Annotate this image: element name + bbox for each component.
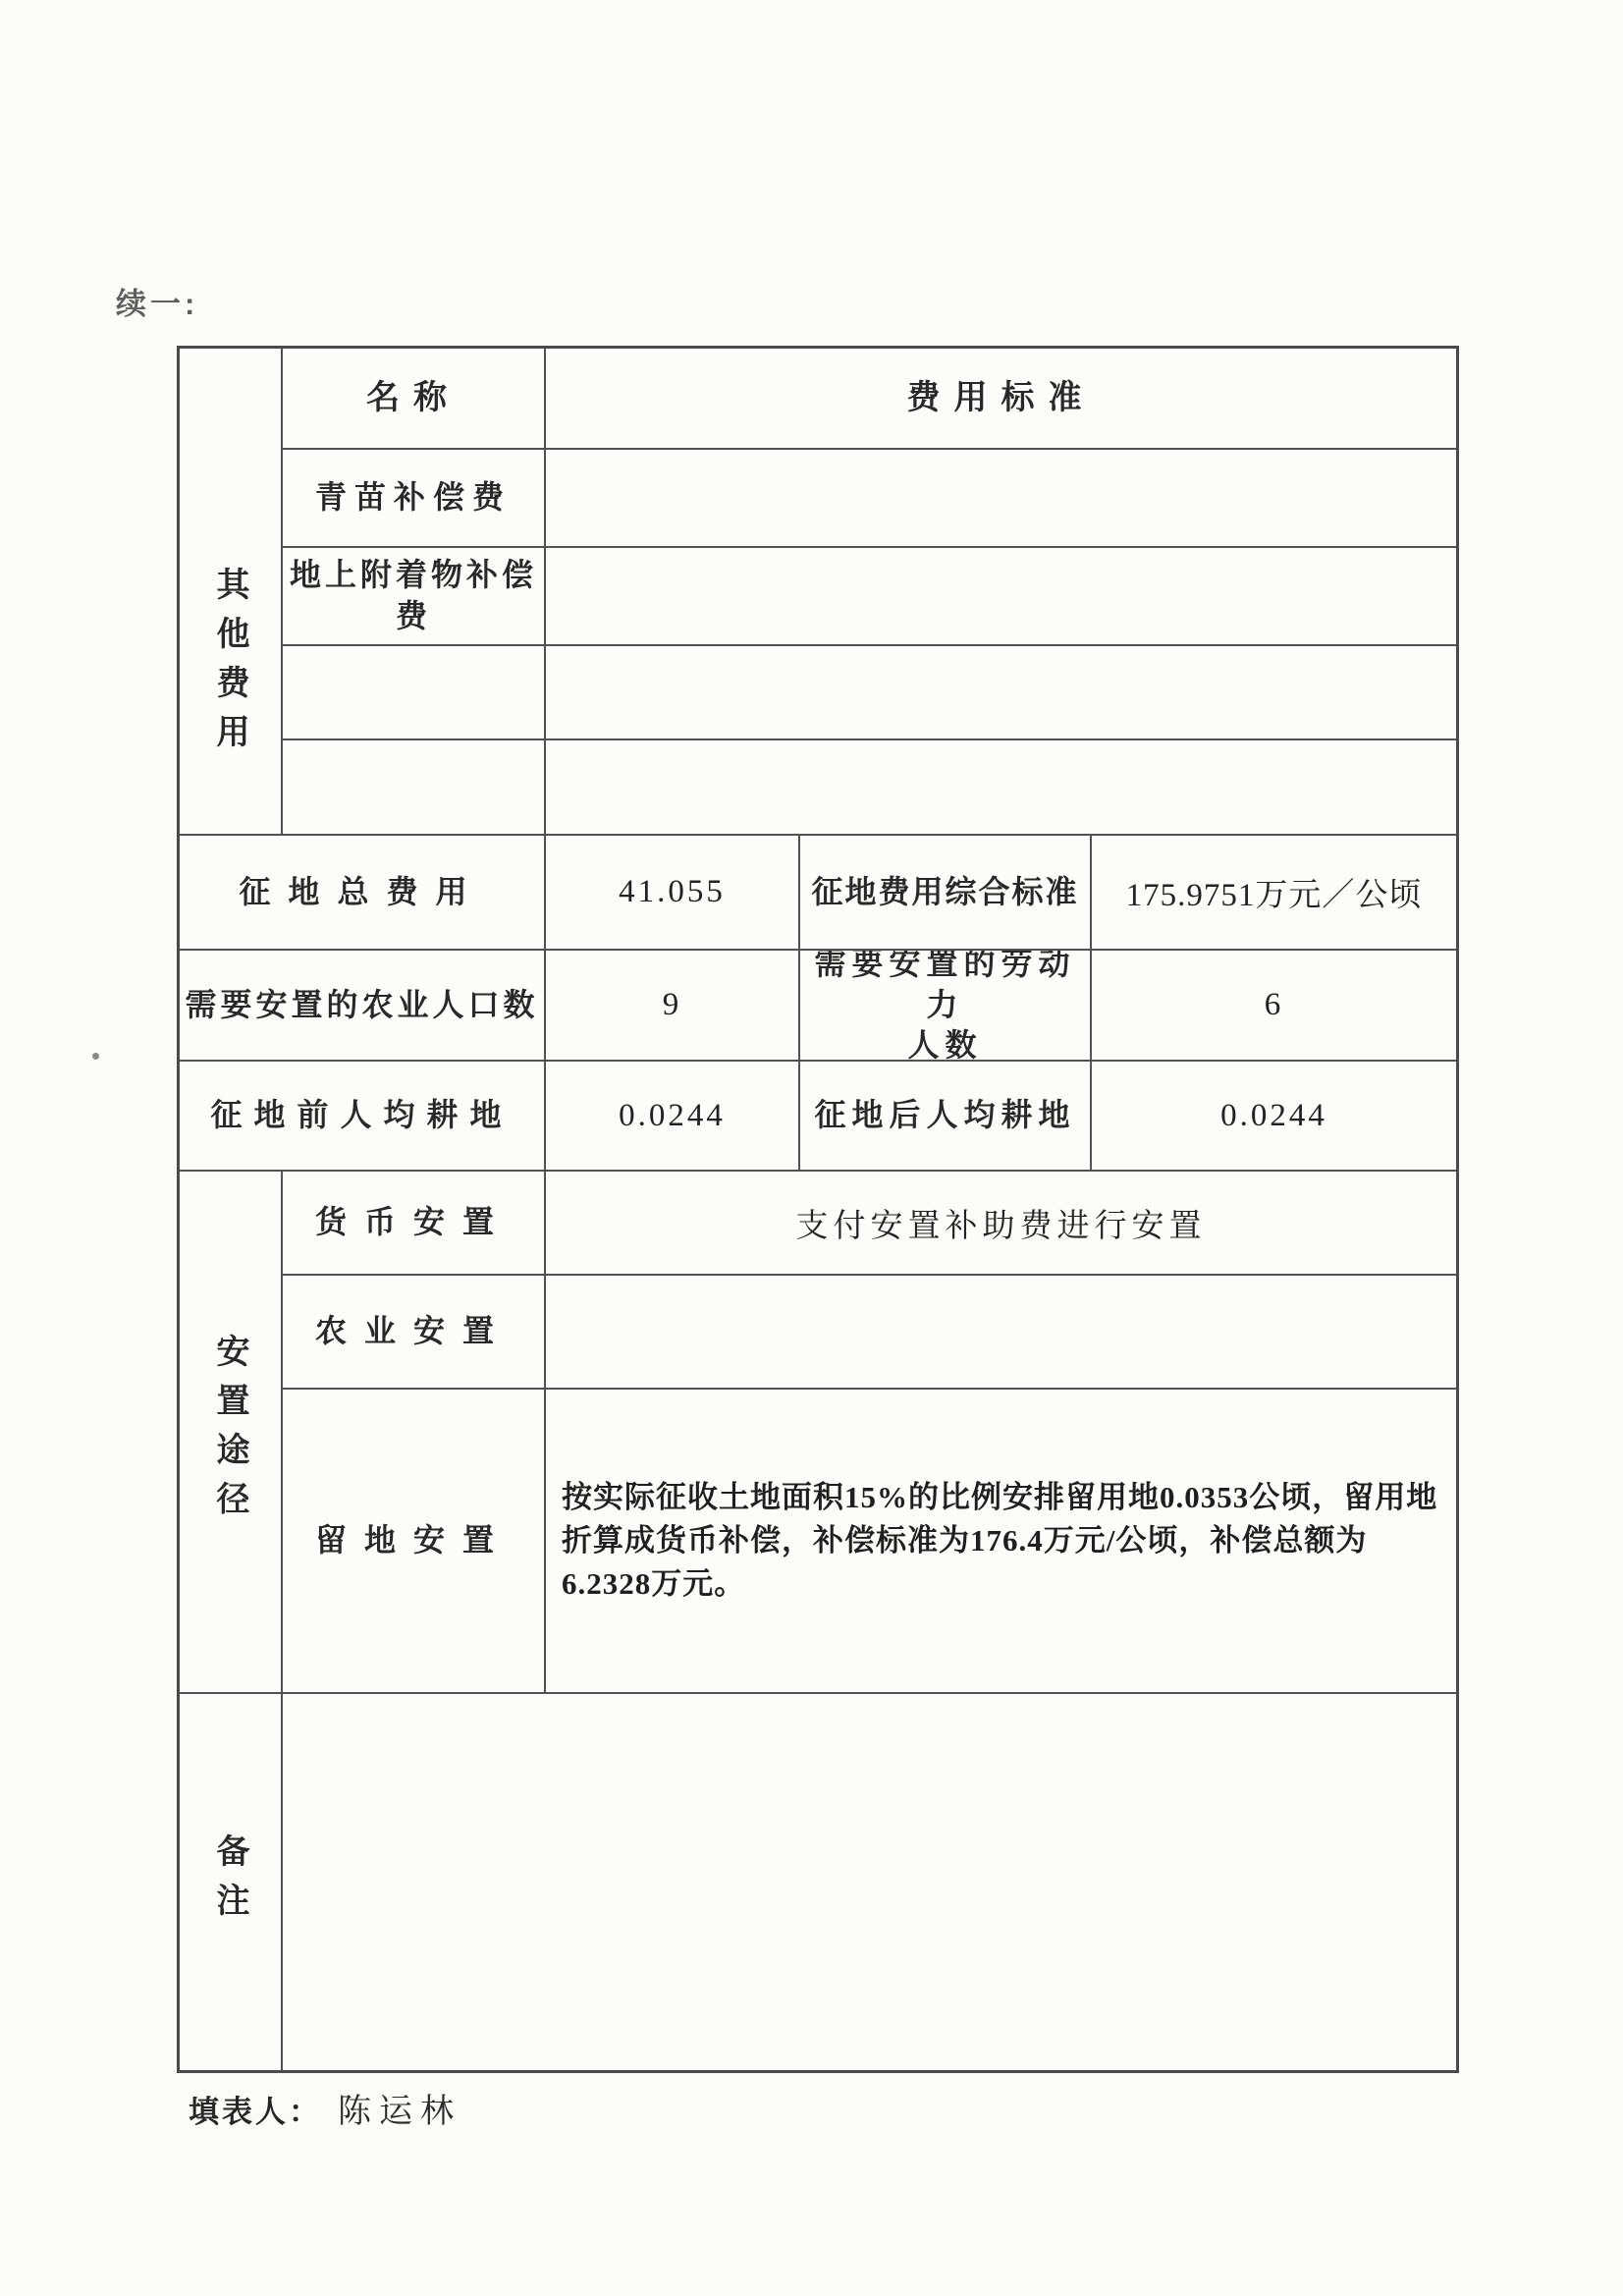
reserved-land-resettlement-label-text: 留地安置: [315, 1520, 512, 1561]
labor-force-value-cell: 6: [1092, 951, 1456, 1062]
labor-force-label-cell: 需要安置的劳动力 人数: [800, 951, 1092, 1062]
monetary-resettlement-label-cell: 货币安置: [283, 1172, 546, 1276]
other-fee-empty-value-cell-1: [546, 646, 1456, 740]
agricultural-population-label-text: 需要安置的农业人口数: [185, 985, 538, 1026]
other-fee-empty-label-cell-1: [283, 646, 546, 740]
monetary-resettlement-label-text: 货币安置: [315, 1202, 512, 1243]
per-capita-farmland-after-label-cell: 征地后人均耕地: [800, 1062, 1092, 1172]
comprehensive-standard-value-text: 175.9751万元／公顷: [1126, 869, 1423, 915]
per-capita-farmland-after-value-text: 0.0244: [1220, 1098, 1327, 1134]
other-fee-empty-value-cell-2: [546, 740, 1456, 836]
form-filler-name: 陈运林: [338, 2084, 461, 2132]
ground-attachments-value-cell: [546, 548, 1456, 646]
agricultural-population-value-text: 9: [663, 987, 682, 1023]
green-seedling-label-text: 青苗补偿费: [315, 477, 512, 519]
other-fees-group-label: 其他费用: [180, 349, 283, 836]
comprehensive-standard-label-text: 征地费用综合标准: [811, 872, 1078, 913]
agricultural-resettlement-label-cell: 农业安置: [283, 1276, 546, 1390]
per-capita-farmland-before-value-text: 0.0244: [619, 1098, 726, 1134]
monetary-resettlement-value-cell: 支付安置补助费进行安置: [546, 1172, 1456, 1276]
scanned-form-page: 续一: 其他费用 名称 费用标准 青苗补偿费 地上附着物补偿费: [0, 0, 1623, 2296]
green-seedling-value-cell: [546, 450, 1456, 548]
total-cost-value-cell: 41.055: [546, 836, 800, 951]
continuation-label: 续一:: [116, 279, 198, 323]
remarks-group-label: 备注: [180, 1694, 283, 2070]
reserved-land-resettlement-value-cell: 按实际征收土地面积15%的比例安排留用地0.0353公顷，留用地 折算成货币补偿…: [546, 1390, 1456, 1694]
reserved-land-resettlement-label-cell: 留地安置: [283, 1390, 546, 1694]
resettlement-group-label: 安置途径: [180, 1172, 283, 1694]
remarks-content-cell: [283, 1694, 1456, 2070]
per-capita-farmland-after-label-text: 征地后人均耕地: [814, 1095, 1075, 1136]
agricultural-resettlement-label-text: 农业安置: [315, 1311, 512, 1352]
remarks-group-label-text: 备注: [206, 1833, 254, 1932]
total-cost-label-cell: 征地总费用: [180, 836, 546, 951]
land-expropriation-table: 其他费用 名称 费用标准 青苗补偿费 地上附着物补偿费: [177, 346, 1459, 2073]
ground-attachments-label-text: 地上附着物补偿费: [283, 555, 544, 636]
other-fee-empty-label-cell-2: [283, 740, 546, 836]
monetary-resettlement-value-text: 支付安置补助费进行安置: [796, 1200, 1207, 1246]
other-fees-group-label-text: 其他费用: [206, 567, 254, 763]
labor-force-value-text: 6: [1265, 987, 1284, 1023]
agricultural-population-label-cell: 需要安置的农业人口数: [180, 951, 546, 1062]
total-cost-label-text: 征地总费用: [239, 872, 484, 913]
form-filler-row: 填表人： 陈运林: [189, 2084, 461, 2132]
header-fee-standard-text: 费用标准: [907, 376, 1096, 419]
ground-attachments-label-cell: 地上附着物补偿费: [283, 548, 546, 646]
per-capita-farmland-before-label-cell: 征地前人均耕地: [180, 1062, 546, 1172]
resettlement-group-label-text: 安置途径: [206, 1334, 254, 1530]
form-filler-label: 填表人：: [189, 2087, 322, 2131]
agricultural-resettlement-value-cell: [546, 1276, 1456, 1390]
comprehensive-standard-label-cell: 征地费用综合标准: [800, 836, 1092, 951]
header-name-text: 名称: [366, 376, 460, 419]
green-seedling-label-cell: 青苗补偿费: [283, 450, 546, 548]
agricultural-population-value-cell: 9: [546, 951, 800, 1062]
header-fee-standard-cell: 费用标准: [546, 349, 1456, 450]
labor-force-label-text: 需要安置的劳动力 人数: [800, 951, 1090, 1062]
total-cost-value-text: 41.055: [619, 874, 726, 910]
per-capita-farmland-before-label-text: 征地前人均耕地: [210, 1095, 513, 1136]
scan-speck: [92, 1053, 99, 1060]
comprehensive-standard-value-cell: 175.9751万元／公顷: [1092, 836, 1456, 951]
header-name-cell: 名称: [283, 349, 546, 450]
per-capita-farmland-after-value-cell: 0.0244: [1092, 1062, 1456, 1172]
per-capita-farmland-before-value-cell: 0.0244: [546, 1062, 800, 1172]
